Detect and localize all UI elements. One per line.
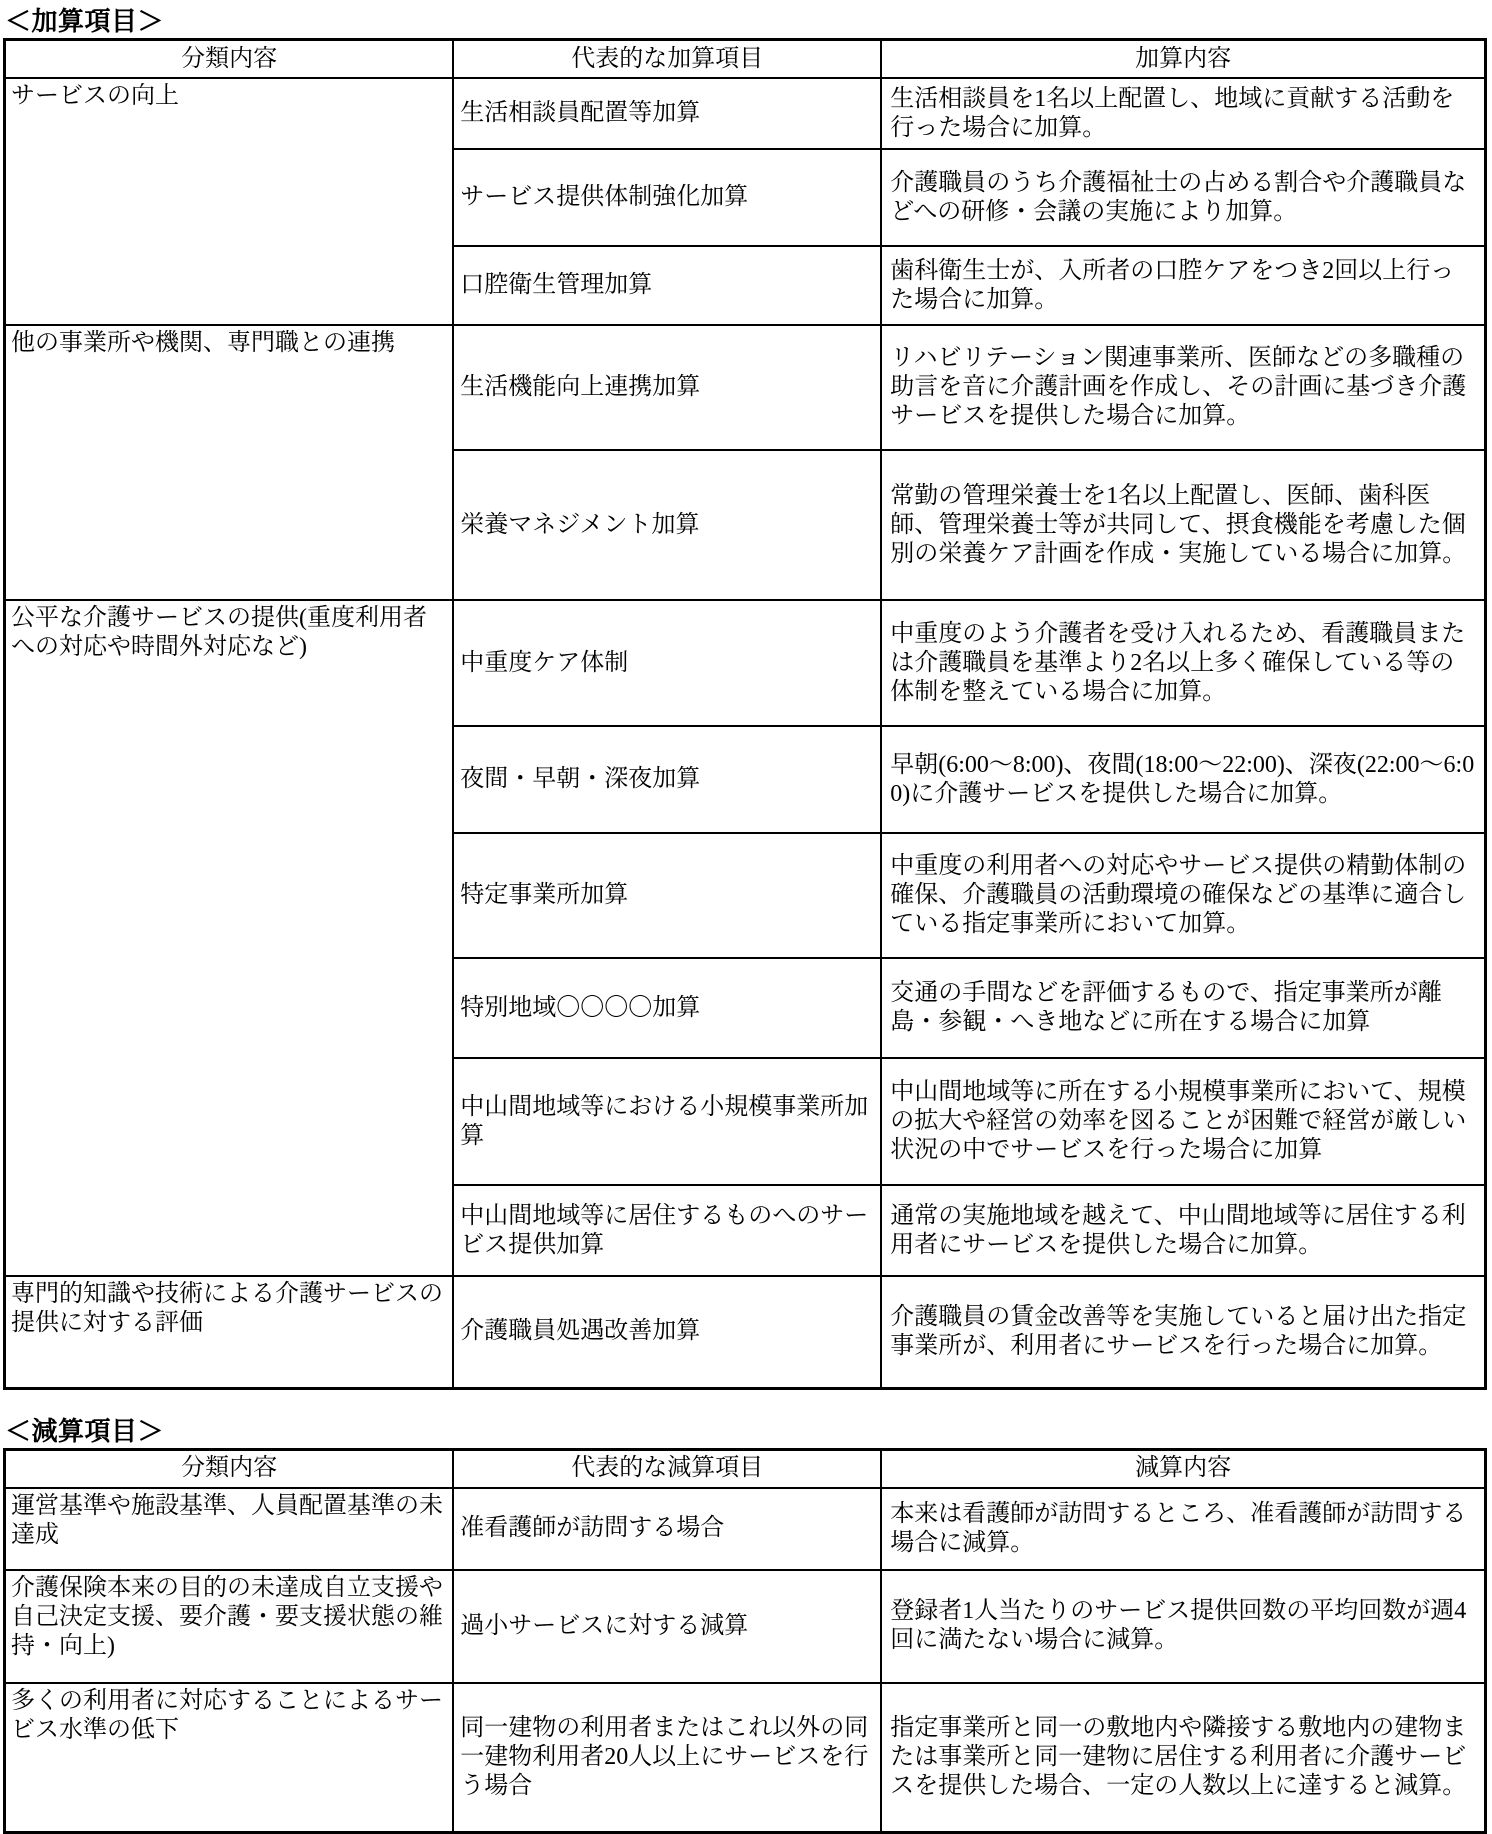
desc-cell: 本来は看護師が訪問するところ、准看護師が訪問する場合に減算。 xyxy=(881,1488,1485,1570)
table-row: サービスの向上生活相談員配置等加算生活相談員を1名以上配置し、地域に貢献する活動… xyxy=(5,78,1486,149)
item-cell: 口腔衛生管理加算 xyxy=(453,246,881,325)
desc-cell: 中重度のよう介護者を受け入れるため、看護職員または介護職員を基準より2名以上多く… xyxy=(881,600,1485,726)
reduction-items-table: 分類内容代表的な減算項目減算内容運営基準や施設基準、人員配置基準の未達成准看護師… xyxy=(3,1448,1487,1834)
desc-cell: 生活相談員を1名以上配置し、地域に貢献する活動を行った場合に加算。 xyxy=(881,78,1485,149)
column-header-0: 分類内容 xyxy=(5,40,454,79)
header-row: 分類内容代表的な減算項目減算内容 xyxy=(5,1449,1486,1488)
table-row: 公平な介護サービスの提供(重度利用者への対応や時間外対応など)中重度ケア体制中重… xyxy=(5,600,1486,726)
category-cell: サービスの向上 xyxy=(5,78,454,325)
table-row: 他の事業所や機関、専門職との連携生活機能向上連携加算リハビリテーション関連事業所… xyxy=(5,325,1486,450)
item-cell: 介護職員処遇改善加算 xyxy=(453,1276,881,1388)
addition-items-table: 分類内容代表的な加算項目加算内容サービスの向上生活相談員配置等加算生活相談員を1… xyxy=(3,38,1487,1390)
section-title-reduction: ＜減算項目＞ xyxy=(5,1416,1487,1446)
category-cell: 運営基準や施設基準、人員配置基準の未達成 xyxy=(5,1488,454,1570)
item-cell: 過小サービスに対する減算 xyxy=(453,1570,881,1683)
table-row: 運営基準や施設基準、人員配置基準の未達成准看護師が訪問する場合本来は看護師が訪問… xyxy=(5,1488,1486,1570)
desc-cell: 交通の手間などを評価するもので、指定事業所が離島・参観・へき地などに所在する場合… xyxy=(881,958,1485,1058)
item-cell: 中重度ケア体制 xyxy=(453,600,881,726)
table-row: 多くの利用者に対応することによるサービス水準の低下同一建物の利用者またはこれ以外… xyxy=(5,1683,1486,1833)
header-row: 分類内容代表的な加算項目加算内容 xyxy=(5,40,1486,79)
item-cell: 特定事業所加算 xyxy=(453,833,881,958)
desc-cell: 介護職員の賃金改善等を実施していると届け出た指定事業所が、利用者にサービスを行っ… xyxy=(881,1276,1485,1388)
column-header-1: 代表的な減算項目 xyxy=(453,1449,881,1488)
desc-cell: 早朝(6:00～8:00)、夜間(18:00～22:00)、深夜(22:00～6… xyxy=(881,726,1485,833)
desc-cell: 登録者1人当たりのサービス提供回数の平均回数が週4回に満たない場合に減算。 xyxy=(881,1570,1485,1683)
column-header-2: 加算内容 xyxy=(881,40,1485,79)
item-cell: サービス提供体制強化加算 xyxy=(453,149,881,246)
desc-cell: 指定事業所と同一の敷地内や隣接する敷地内の建物または事業所と同一建物に居住する利… xyxy=(881,1683,1485,1833)
column-header-2: 減算内容 xyxy=(881,1449,1485,1488)
desc-cell: 常勤の管理栄養士を1名以上配置し、医師、歯科医師、管理栄養士等が共同して、摂食機… xyxy=(881,450,1485,600)
desc-cell: 歯科衛生士が、入所者の口腔ケアをつき2回以上行った場合に加算。 xyxy=(881,246,1485,325)
item-cell: 特別地域〇〇〇〇加算 xyxy=(453,958,881,1058)
item-cell: 夜間・早朝・深夜加算 xyxy=(453,726,881,833)
document-page: ＜加算項目＞ 分類内容代表的な加算項目加算内容サービスの向上生活相談員配置等加算… xyxy=(3,6,1487,1834)
column-header-0: 分類内容 xyxy=(5,1449,454,1488)
category-cell: 介護保険本来の目的の未達成自立支援や自己決定支援、要介護・要支援状態の維持・向上… xyxy=(5,1570,454,1683)
item-cell: 生活機能向上連携加算 xyxy=(453,325,881,450)
category-cell: 多くの利用者に対応することによるサービス水準の低下 xyxy=(5,1683,454,1833)
column-header-1: 代表的な加算項目 xyxy=(453,40,881,79)
item-cell: 生活相談員配置等加算 xyxy=(453,78,881,149)
section-addition-items: ＜加算項目＞ 分類内容代表的な加算項目加算内容サービスの向上生活相談員配置等加算… xyxy=(3,6,1487,1390)
section-reduction-items: ＜減算項目＞ 分類内容代表的な減算項目減算内容運営基準や施設基準、人員配置基準の… xyxy=(3,1416,1487,1834)
item-cell: 中山間地域等に居住するものへのサービス提供加算 xyxy=(453,1185,881,1276)
desc-cell: リハビリテーション関連事業所、医師などの多職種の助言を音に介護計画を作成し、その… xyxy=(881,325,1485,450)
item-cell: 中山間地域等における小規模事業所加算 xyxy=(453,1058,881,1185)
item-cell: 准看護師が訪問する場合 xyxy=(453,1488,881,1570)
table-row: 専門的知識や技術による介護サービスの提供に対する評価介護職員処遇改善加算介護職員… xyxy=(5,1276,1486,1388)
desc-cell: 中重度の利用者への対応やサービス提供の精勤体制の確保、介護職員の活動環境の確保な… xyxy=(881,833,1485,958)
category-cell: 公平な介護サービスの提供(重度利用者への対応や時間外対応など) xyxy=(5,600,454,1276)
item-cell: 同一建物の利用者またはこれ以外の同一建物利用者20人以上にサービスを行う場合 xyxy=(453,1683,881,1833)
category-cell: 専門的知識や技術による介護サービスの提供に対する評価 xyxy=(5,1276,454,1388)
table-row: 介護保険本来の目的の未達成自立支援や自己決定支援、要介護・要支援状態の維持・向上… xyxy=(5,1570,1486,1683)
desc-cell: 介護職員のうち介護福祉士の占める割合や介護職員などへの研修・会議の実施により加算… xyxy=(881,149,1485,246)
category-cell: 他の事業所や機関、専門職との連携 xyxy=(5,325,454,600)
desc-cell: 中山間地域等に所在する小規模事業所において、規模の拡大や経営の効率を図ることが困… xyxy=(881,1058,1485,1185)
desc-cell: 通常の実施地域を越えて、中山間地域等に居住する利用者にサービスを提供した場合に加… xyxy=(881,1185,1485,1276)
section-title-addition: ＜加算項目＞ xyxy=(5,6,1487,36)
item-cell: 栄養マネジメント加算 xyxy=(453,450,881,600)
